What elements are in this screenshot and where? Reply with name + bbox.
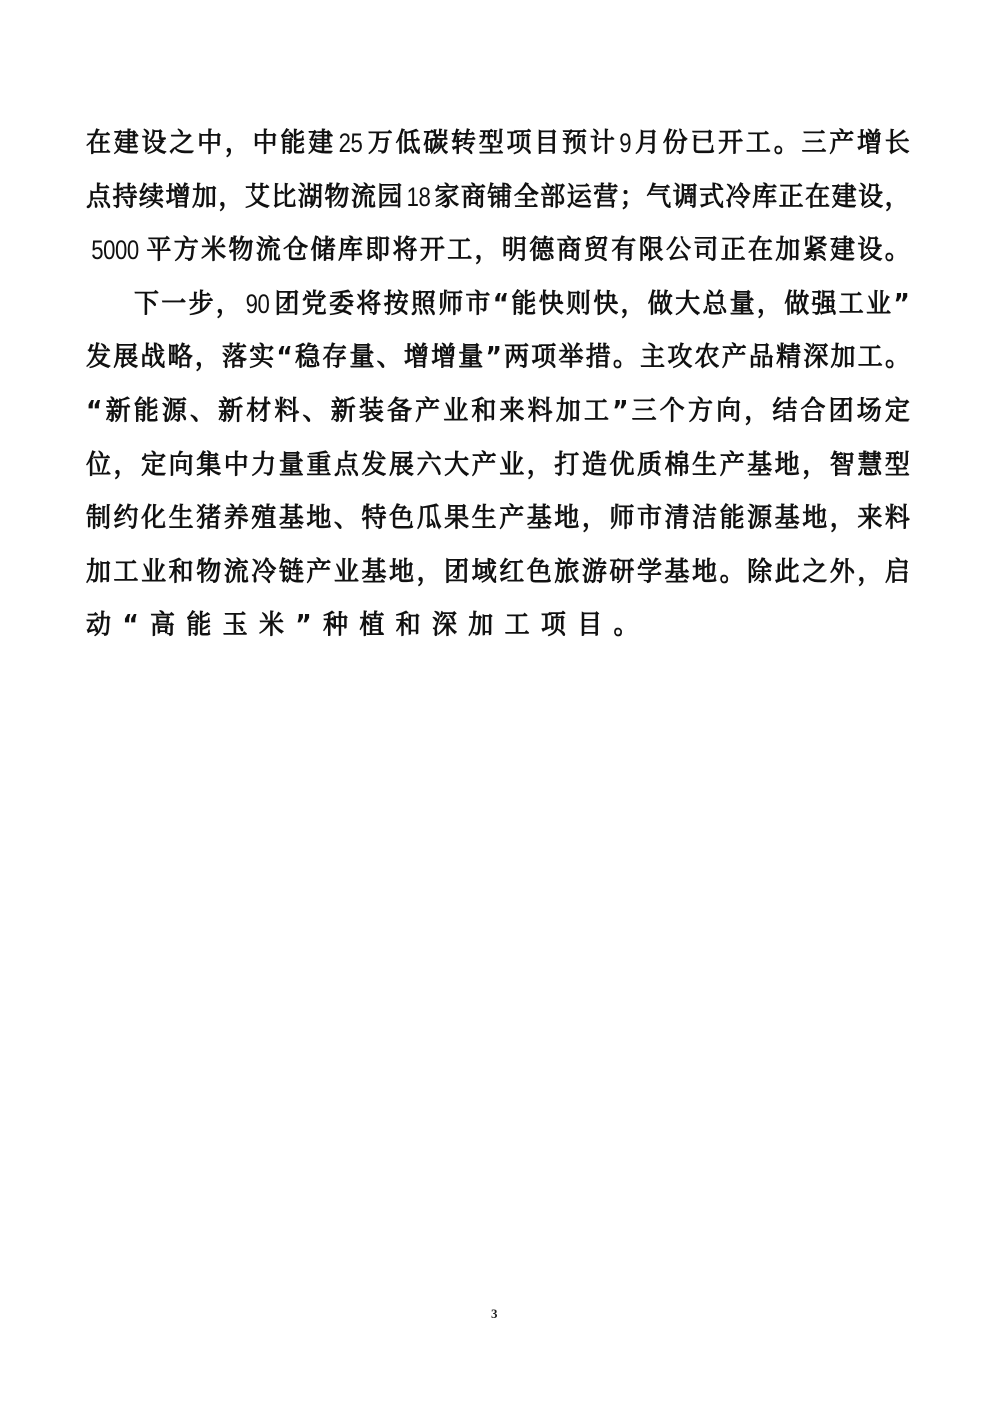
text-glyph: 项	[507, 123, 532, 163]
text-glyph: 业	[443, 391, 468, 431]
text-glyph: 洁	[692, 498, 717, 538]
text-glyph: 建	[832, 176, 857, 216]
text-glyph: 学	[637, 552, 662, 592]
text-glyph: 运	[567, 176, 592, 216]
text-glyph: 红	[499, 552, 524, 592]
text-glyph: 营	[593, 176, 618, 216]
text-glyph: 将	[356, 284, 381, 324]
text-glyph: 建	[114, 123, 139, 163]
text-glyph: 旅	[554, 552, 579, 592]
text-glyph: 除	[747, 552, 772, 592]
text-glyph: 方	[688, 391, 713, 431]
text-glyph: 来	[857, 498, 882, 538]
text-glyph: 加	[775, 230, 800, 270]
text-glyph: 加	[86, 552, 111, 592]
text-glyph: 域	[472, 552, 497, 592]
text-glyph: “	[276, 337, 292, 377]
text-glyph: 在	[805, 176, 830, 216]
text-glyph: ，	[830, 498, 855, 538]
text-glyph: 增	[404, 337, 429, 377]
text-glyph: 流	[256, 230, 281, 270]
text-glyph: 一	[161, 284, 186, 324]
text-glyph: 已	[690, 123, 715, 163]
text-glyph: 向	[716, 391, 741, 431]
text-glyph: 此	[775, 552, 800, 592]
text-glyph: 项	[531, 337, 556, 377]
text-glyph: 基	[775, 498, 800, 538]
text-glyph: 装	[359, 391, 384, 431]
text-glyph: 目	[577, 605, 602, 645]
text-glyph: 能	[280, 123, 305, 163]
text-glyph: 米	[201, 230, 226, 270]
text-glyph: 将	[393, 230, 418, 270]
text-glyph: 定	[141, 444, 166, 484]
text-glyph: 约	[114, 498, 139, 538]
document-page: 在建设之中，中能建25万低碳转型项目预计9月份已开工。三产增长 点持续增加，艾比…	[0, 0, 992, 1408]
text-glyph: ，	[527, 444, 552, 484]
text-glyph: ，	[885, 176, 910, 216]
text-glyph: 工	[858, 337, 883, 377]
text-glyph: 、	[190, 391, 215, 431]
text-glyph: 地	[306, 498, 331, 538]
text-glyph: 和	[169, 552, 194, 592]
text-line: 发展战略，落实“稳存量、增增量”两项举措。主攻农产品精深加工。	[86, 338, 910, 392]
text-glyph: 量	[279, 444, 304, 484]
text-glyph: ，	[218, 176, 243, 216]
text-glyph: 正	[721, 230, 746, 270]
text-glyph: 明	[502, 230, 527, 270]
text-glyph: 物	[196, 552, 221, 592]
text-glyph: 在	[86, 123, 111, 163]
text-glyph: 快	[593, 284, 618, 324]
text-glyph: 高	[150, 605, 175, 645]
text-glyph: 大	[675, 284, 700, 324]
text-glyph: 工	[839, 284, 864, 324]
text-glyph: 瓜	[417, 498, 442, 538]
text-glyph: 棉	[664, 444, 689, 484]
text-glyph: 型	[479, 123, 504, 163]
text-glyph: 地	[554, 498, 579, 538]
text-glyph: 色	[527, 552, 552, 592]
text-glyph: 25	[339, 124, 363, 162]
text-glyph: 基	[279, 498, 304, 538]
text-glyph: 工	[746, 123, 771, 163]
text-glyph: 。	[614, 605, 639, 645]
text-glyph: 团	[274, 284, 299, 324]
text-glyph: 业	[499, 444, 524, 484]
text-glyph: 项	[541, 605, 566, 645]
text-glyph: 化	[141, 498, 166, 538]
text-glyph: 。	[613, 337, 638, 377]
text-glyph: 按	[384, 284, 409, 324]
text-glyph: 展	[113, 337, 138, 377]
text-glyph: 特	[361, 498, 386, 538]
text-glyph: 师	[438, 284, 463, 324]
text-glyph: 流	[224, 552, 249, 592]
text-glyph: 工	[114, 552, 139, 592]
text-glyph: 公	[666, 230, 691, 270]
text-glyph: 在	[748, 230, 773, 270]
text-glyph: 产	[472, 444, 497, 484]
text-glyph: 六	[417, 444, 442, 484]
text-glyph: 新	[106, 391, 131, 431]
text-glyph: 流	[351, 176, 376, 216]
text-glyph: 贸	[584, 230, 609, 270]
text-line: 加工业和物流冷链产业基地，团域红色旅游研学基地。除此之外，启	[86, 553, 910, 607]
text-glyph: 师	[609, 498, 634, 538]
text-glyph: 点	[334, 444, 359, 484]
text-glyph: 调	[673, 176, 698, 216]
text-glyph: 慧	[857, 444, 882, 484]
text-glyph: 下	[134, 284, 159, 324]
text-glyph: 工	[584, 391, 609, 431]
text-glyph: 措	[586, 337, 611, 377]
text-glyph: 铺	[487, 176, 512, 216]
text-glyph: 总	[702, 284, 727, 324]
text-glyph: 生	[692, 444, 717, 484]
text-glyph: 位	[86, 444, 111, 484]
text-glyph: 材	[246, 391, 271, 431]
text-glyph: 。	[885, 230, 910, 270]
text-glyph: “	[493, 284, 509, 324]
text-glyph: 落	[222, 337, 247, 377]
text-glyph: 限	[639, 230, 664, 270]
text-glyph: 、	[334, 498, 359, 538]
text-glyph: 司	[693, 230, 718, 270]
text-glyph: 实	[249, 337, 274, 377]
text-glyph: 果	[444, 498, 469, 538]
text-glyph: 中	[224, 444, 249, 484]
text-glyph: 攻	[667, 337, 692, 377]
text-glyph: ”	[295, 605, 311, 645]
text-glyph: 三	[801, 123, 826, 163]
text-glyph: 做	[784, 284, 809, 324]
text-glyph: 全	[514, 176, 539, 216]
text-glyph: 型	[885, 444, 910, 484]
text-glyph: 基	[361, 552, 386, 592]
text-glyph: 来	[500, 391, 525, 431]
text-glyph: 冷	[726, 176, 751, 216]
text-glyph: 向	[169, 444, 194, 484]
text-glyph: 即	[365, 230, 390, 270]
text-glyph: 三	[632, 391, 657, 431]
text-glyph: 增	[857, 123, 882, 163]
text-glyph: 万	[368, 123, 393, 163]
text-glyph: ，	[216, 284, 241, 324]
text-glyph: ”	[612, 391, 628, 431]
body-text: 在建设之中，中能建25万低碳转型项目预计9月份已开工。三产增长 点持续增加，艾比…	[86, 124, 910, 660]
text-glyph: 量	[458, 337, 483, 377]
text-glyph: 发	[86, 337, 111, 377]
text-glyph: ”	[485, 337, 501, 377]
text-glyph: 合	[801, 391, 826, 431]
text-glyph: 园	[377, 176, 402, 216]
text-glyph: 方	[174, 230, 199, 270]
text-glyph: 深	[803, 337, 828, 377]
text-glyph: 预	[562, 123, 587, 163]
text-glyph: 5000	[91, 231, 139, 269]
text-glyph: 料	[274, 391, 299, 431]
text-glyph: 正	[779, 176, 804, 216]
text-glyph: 展	[389, 444, 414, 484]
text-glyph: 步	[189, 284, 214, 324]
text-glyph: 续	[139, 176, 164, 216]
text-glyph: 库	[338, 230, 363, 270]
text-glyph: 90	[246, 285, 270, 323]
text-glyph: 艾	[245, 176, 270, 216]
text-glyph: 生	[472, 498, 497, 538]
text-glyph: 仓	[283, 230, 308, 270]
text-glyph: 委	[329, 284, 354, 324]
text-glyph: 和	[471, 391, 496, 431]
text-glyph: 主	[640, 337, 665, 377]
text-glyph: 中	[253, 123, 278, 163]
text-glyph: ；	[620, 176, 645, 216]
text-glyph: ，	[417, 552, 442, 592]
text-glyph: 照	[411, 284, 436, 324]
text-glyph: 有	[611, 230, 636, 270]
text-glyph: 智	[830, 444, 855, 484]
text-glyph: 存	[322, 337, 347, 377]
text-glyph: ”	[893, 284, 909, 324]
text-glyph: 结	[772, 391, 797, 431]
text-glyph: 制	[86, 498, 111, 538]
text-glyph: 外	[830, 552, 855, 592]
text-glyph: 平	[146, 230, 171, 270]
text-glyph: 物	[324, 176, 349, 216]
text-glyph: 能	[511, 284, 536, 324]
text-glyph: 生	[169, 498, 194, 538]
text-glyph: 和	[396, 605, 421, 645]
text-glyph: 量	[730, 284, 755, 324]
text-glyph: 之	[169, 123, 194, 163]
text-glyph: 产	[722, 337, 747, 377]
text-glyph: 开	[420, 230, 445, 270]
text-glyph: 工	[447, 230, 472, 270]
text-glyph: 产	[720, 444, 745, 484]
text-glyph: 之	[802, 552, 827, 592]
text-glyph: 产	[499, 498, 524, 538]
text-glyph: 猪	[196, 498, 221, 538]
text-glyph: 湖	[298, 176, 323, 216]
text-glyph: “	[122, 605, 138, 645]
text-glyph: 品	[749, 337, 774, 377]
text-glyph: 源	[162, 391, 187, 431]
text-glyph: ，	[582, 498, 607, 538]
text-glyph: 优	[609, 444, 634, 484]
text-line: 位，定向集中力量重点发展六大产业，打造优质棉生产基地，智慧型	[86, 446, 910, 500]
text-glyph: 业	[866, 284, 891, 324]
text-glyph: 养	[224, 498, 249, 538]
text-glyph: 产	[829, 123, 854, 163]
text-glyph: 。	[774, 123, 799, 163]
text-glyph: 市	[465, 284, 490, 324]
text-glyph: 德	[529, 230, 554, 270]
text-glyph: 商	[461, 176, 486, 216]
text-glyph: 18	[406, 178, 430, 216]
text-glyph: 发	[361, 444, 386, 484]
text-glyph: 碳	[423, 123, 448, 163]
text-glyph: 做	[648, 284, 673, 324]
text-glyph: 种	[323, 605, 348, 645]
paragraph-first-line: 下一步，90团党委将按照师市“能快则快，做大总量，做强工业”	[86, 285, 910, 339]
text-glyph: 略	[168, 337, 193, 377]
text-glyph: 建	[830, 230, 855, 270]
text-glyph: 业	[141, 552, 166, 592]
text-glyph: 色	[389, 498, 414, 538]
text-line: 制约化生猪养殖基地、特色瓜果生产基地，师市清洁能源基地，来料	[86, 499, 910, 553]
text-glyph: 稳	[295, 337, 320, 377]
text-glyph: 地	[389, 552, 414, 592]
text-glyph: ，	[114, 444, 139, 484]
text-line: 点持续增加，艾比湖物流园18家商铺全部运营；气调式冷库正在建设，	[86, 178, 910, 232]
text-glyph: 能	[186, 605, 211, 645]
text-glyph: 中	[197, 123, 222, 163]
text-glyph: 强	[811, 284, 836, 324]
text-glyph: 则	[566, 284, 591, 324]
text-glyph: 地	[692, 552, 717, 592]
text-glyph: 目	[534, 123, 559, 163]
text-glyph: 清	[664, 498, 689, 538]
text-glyph: ，	[802, 444, 827, 484]
text-glyph: 两	[504, 337, 529, 377]
text-glyph: 举	[559, 337, 584, 377]
text-glyph: 大	[444, 444, 469, 484]
text-glyph: 战	[140, 337, 165, 377]
text-glyph: 场	[857, 391, 882, 431]
text-glyph: 加	[468, 605, 493, 645]
text-glyph: 业	[334, 552, 359, 592]
text-glyph: 持	[112, 176, 137, 216]
text-glyph: 开	[718, 123, 743, 163]
text-glyph: 力	[251, 444, 276, 484]
text-glyph: 份	[663, 123, 688, 163]
text-glyph: 点	[86, 176, 111, 216]
text-glyph: 能	[134, 391, 159, 431]
text-glyph: 建	[308, 123, 333, 163]
text-glyph: 农	[695, 337, 720, 377]
text-glyph: ，	[744, 391, 769, 431]
text-glyph: 源	[747, 498, 772, 538]
text-glyph: ，	[195, 337, 220, 377]
text-glyph: 植	[359, 605, 384, 645]
text-glyph: 气	[646, 176, 671, 216]
text-glyph: 增	[165, 176, 190, 216]
text-glyph: 储	[310, 230, 335, 270]
text-glyph: 料	[885, 498, 910, 538]
text-glyph: 快	[539, 284, 564, 324]
text-glyph: 基	[747, 444, 772, 484]
text-glyph: 新	[331, 391, 356, 431]
text-glyph: 米	[259, 605, 284, 645]
text-glyph: 动	[86, 605, 111, 645]
text-glyph: ，	[857, 552, 882, 592]
text-glyph: 基	[527, 498, 552, 538]
text-glyph: 低	[395, 123, 420, 163]
text-glyph: 量	[349, 337, 374, 377]
text-glyph: 部	[540, 176, 565, 216]
text-glyph: 商	[557, 230, 582, 270]
text-glyph: 工	[505, 605, 530, 645]
text-line: 在建设之中，中能建25万低碳转型项目预计9月份已开工。三产增长	[86, 124, 910, 178]
text-glyph: 玉	[223, 605, 248, 645]
text-glyph: 重	[306, 444, 331, 484]
text-glyph: 基	[664, 552, 689, 592]
text-glyph: 长	[885, 123, 910, 163]
text-glyph: ，	[225, 123, 250, 163]
text-glyph: 党	[302, 284, 327, 324]
text-glyph: ，	[475, 230, 500, 270]
text-glyph: 精	[776, 337, 801, 377]
text-glyph: “	[86, 391, 102, 431]
text-glyph: 深	[432, 605, 457, 645]
text-glyph: 式	[699, 176, 724, 216]
text-glyph: 物	[228, 230, 253, 270]
text-glyph: 计	[590, 123, 615, 163]
text-glyph: 产	[306, 552, 331, 592]
text-glyph: 紧	[803, 230, 828, 270]
text-glyph: 转	[451, 123, 476, 163]
text-glyph: 团	[829, 391, 854, 431]
text-glyph: 新	[218, 391, 243, 431]
paragraph-last-line: 动“高能玉米”种植和深加工项目。	[86, 606, 910, 660]
text-glyph: 设	[857, 230, 882, 270]
text-glyph: 、	[303, 391, 328, 431]
text-glyph: 备	[387, 391, 412, 431]
text-glyph: 月	[635, 123, 660, 163]
text-glyph: 链	[279, 552, 304, 592]
text-glyph: 定	[885, 391, 910, 431]
text-glyph: 市	[637, 498, 662, 538]
text-line: “新能源、新材料、新装备产业和来料加工”三个方向，结合团场定	[86, 392, 910, 446]
text-glyph: 集	[196, 444, 221, 484]
text-glyph: 库	[752, 176, 777, 216]
page-number: 3	[491, 1306, 498, 1322]
text-line: 5000平方米物流仓储库即将开工，明德商贸有限公司正在加紧建设。	[86, 231, 910, 285]
text-glyph: 造	[582, 444, 607, 484]
text-glyph: 。	[720, 552, 745, 592]
text-glyph: 打	[554, 444, 579, 484]
text-glyph: 冷	[251, 552, 276, 592]
text-glyph: 个	[660, 391, 685, 431]
text-glyph: 料	[528, 391, 553, 431]
text-glyph: 质	[637, 444, 662, 484]
text-glyph: 9	[619, 124, 631, 162]
text-glyph: 比	[271, 176, 296, 216]
text-glyph: 加	[556, 391, 581, 431]
text-glyph: 团	[444, 552, 469, 592]
text-glyph: 地	[802, 498, 827, 538]
text-glyph: 、	[377, 337, 402, 377]
text-glyph: 产	[415, 391, 440, 431]
text-glyph: 加	[192, 176, 217, 216]
text-glyph: 游	[582, 552, 607, 592]
text-glyph: 启	[885, 552, 910, 592]
text-glyph: 家	[434, 176, 459, 216]
text-glyph: 增	[431, 337, 456, 377]
text-glyph: 地	[775, 444, 800, 484]
text-glyph: 加	[831, 337, 856, 377]
text-glyph: 能	[720, 498, 745, 538]
text-glyph: 研	[609, 552, 634, 592]
text-glyph: 殖	[251, 498, 276, 538]
text-glyph: 。	[885, 337, 910, 377]
text-glyph: ，	[621, 284, 646, 324]
text-glyph: 设	[142, 123, 167, 163]
text-glyph: ，	[757, 284, 782, 324]
text-glyph: 设	[858, 176, 883, 216]
